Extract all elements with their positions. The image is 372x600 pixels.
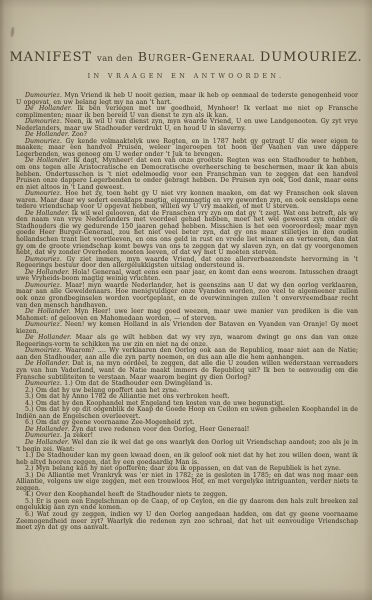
document-body: Dumouriez. Myn Vriend ik heb U nooit gez… [16, 93, 358, 532]
title-word-manifest: MANIFEST [9, 50, 92, 65]
paragraph-text: Hoe het zy, toen hebt gy U niet vry konn… [16, 190, 358, 210]
paragraph: Dumouriez. Gy kende volmaaktelyk uwe Reg… [16, 139, 358, 159]
paragraph: Dumouriez. Maar! myn waarde Nederlander,… [16, 283, 358, 309]
paragraph-text: Waarom? .... Wy verklaaren den Oorlog oo… [16, 347, 358, 361]
paragraph-text: 3.) De Alliantie met Vrankryk was 'er ni… [16, 472, 358, 492]
paragraph-text: Myn Vriend ik heb U nooit gezien, maar i… [16, 92, 358, 106]
paragraph: De Hollander. Dat is, na myn oordeel, te… [16, 361, 358, 381]
paragraph-text: 5.) Om dat hy op dit oogenblik de Kaap d… [16, 406, 358, 420]
paragraph-text: Neen! wy komen Holland in als Vrienden d… [16, 321, 358, 335]
paragraph-text: 6.) Wat zoud gy zeggen, indien wy U den … [16, 511, 358, 531]
title-word-burger-generaal: Burger-Generaal [138, 49, 255, 64]
paragraph: De Hollander. Ik dagt, Mynheer! dat een … [16, 158, 358, 191]
paragraph-text: 5.) Er is geen een Engelschman op de Caa… [16, 498, 358, 512]
paragraph: Dumouriez. Hoe het zy, toen hebt gy U ni… [16, 191, 358, 211]
ink-speck [10, 27, 14, 37]
title-word-van-den: van den [97, 54, 133, 64]
paragraph: 3.) De Alliantie met Vrankryk was 'er ni… [16, 473, 358, 493]
paragraph-text: Maar! myn waarde Nederlander, het is gee… [16, 282, 358, 309]
paragraph: De Hollander. Ik wil wel gelooven, dat d… [16, 211, 358, 257]
paragraph-text: Ik wil wel gelooven, dat de Franschen vr… [16, 210, 358, 256]
title-word-dumouriez: DUMOURIEZ. [260, 50, 363, 65]
paragraph-text: 1.) De Stadhouder kan my geen kwaad doen… [16, 452, 358, 466]
paragraph-text: Zyn dat uwe redenen voor den Oorlog, Hee… [69, 426, 249, 433]
paragraph: 6.) Wat zoud gy zeggen, indien wy U den … [16, 512, 358, 532]
paragraph-text: Gy kende volmaaktelyk uwe Regten, en in … [16, 138, 358, 158]
page-title: MANIFEST van den Burger-Generaal DUMOURI… [0, 46, 372, 65]
paragraph-text: Gy ziet immers, myn waarde Vriend, dat o… [16, 256, 358, 270]
page-subtitle: IN VRAAGEN EN ANTWOORDEN. [0, 72, 372, 80]
paragraph-text: Neen, ik wil U van dienst zyn, myn waard… [16, 118, 358, 132]
